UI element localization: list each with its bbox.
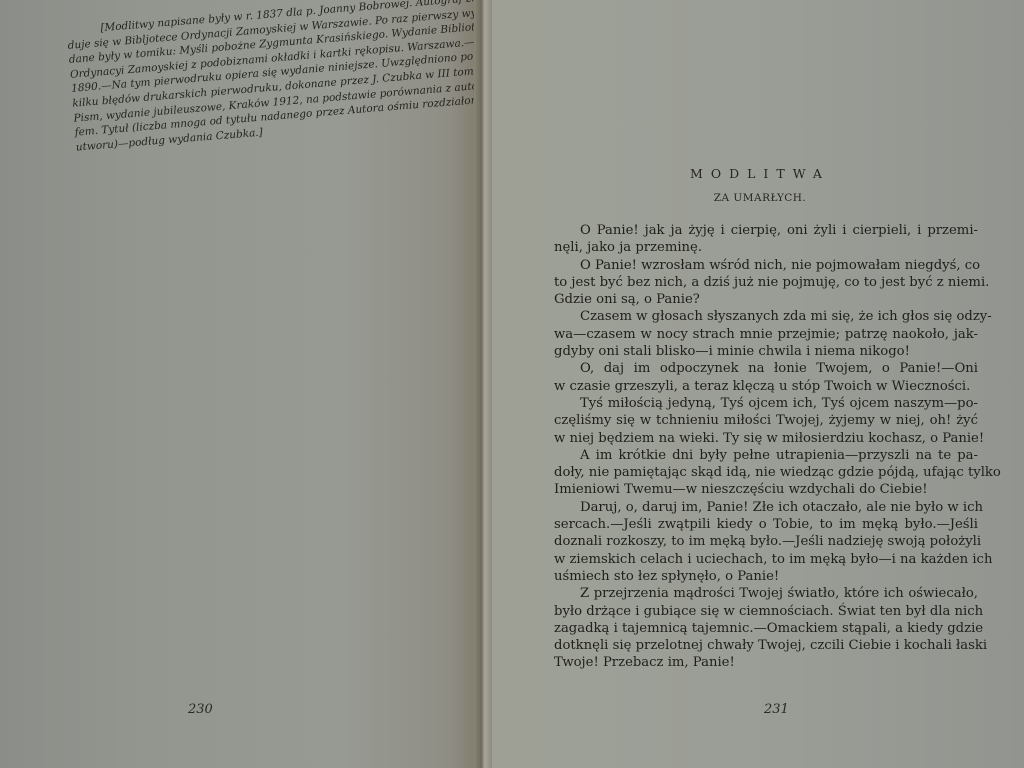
text-line: nęli, jako ja przeminę. (554, 239, 978, 256)
text-line: O Panie! jak ja żyję i cierpię, oni żyli… (554, 222, 978, 239)
text-line: częliśmy się w tchnieniu miłości Twojej,… (554, 412, 978, 429)
text-line: sercach.—Jeśli zwątpili kiedy o Tobie, t… (554, 516, 978, 533)
open-book-spread: [Modlitwy napisane były w r. 1837 dla p.… (0, 0, 1024, 768)
text-line: zagadką i tajemnicą tajemnic.—Omackiem s… (554, 620, 978, 637)
text-line: było drżące i gubiące się w ciemnościach… (554, 603, 978, 620)
book-gutter (474, 0, 492, 768)
prayer-text: O Panie! jak ja żyję i cierpię, oni żyli… (554, 222, 978, 672)
text-line: w czasie grzeszyli, a teraz klęczą u stó… (554, 378, 978, 395)
text-line: gdyby oni stali blisko—i minie chwila i … (554, 343, 978, 360)
text-line: Gdzie oni są, o Panie? (554, 291, 978, 308)
text-line: dotknęli się przelotnej chwały Twojej, c… (554, 637, 978, 654)
text-line: w niej będziem na wieki. Ty się w miłosi… (554, 430, 978, 447)
text-line: O, daj im odpoczynek na łonie Twojem, o … (554, 360, 978, 377)
chapter-title: MODLITWA (560, 166, 960, 181)
text-line: Z przejrzenia mądrości Twojej światło, k… (554, 585, 978, 602)
text-line: Twoje! Przebacz im, Panie! (554, 654, 978, 671)
text-line: to jest być bez nich, a dziś już nie poj… (554, 274, 978, 291)
text-line: A im krótkie dni były pełne utrapienia—p… (554, 447, 978, 464)
text-line: Imieniowi Twemu—w nieszczęściu wzdychali… (554, 481, 978, 498)
text-line: uśmiech sto łez spłynęło, o Panie! (554, 568, 978, 585)
text-line: wa—czasem w nocy strach mnie przejmie; p… (554, 326, 978, 343)
text-line: doznali rozkoszy, to im męką było.—Jeśli… (554, 533, 978, 550)
text-line: Tyś miłością jedyną, Tyś ojcem ich, Tyś … (554, 395, 978, 412)
chapter-subtitle: ZA UMARŁYCH. (560, 192, 960, 204)
editorial-note: [Modlitwy napisane były w r. 1837 dla p.… (66, 0, 455, 155)
text-line: w ziemskich celach i uciechach, to im mę… (554, 551, 978, 568)
text-line: Czasem w głosach słyszanych zda mi się, … (554, 308, 978, 325)
left-page: [Modlitwy napisane były w r. 1837 dla p.… (0, 0, 488, 768)
text-line: O Panie! wzrosłam wśród nich, nie pojmow… (554, 257, 978, 274)
page-number-left: 230 (188, 702, 213, 717)
page-number-right: 231 (764, 702, 789, 717)
text-line: doły, nie pamiętając skąd idą, nie wiedz… (554, 464, 978, 481)
text-line: Daruj, o, daruj im, Panie! Złe ich otacz… (554, 499, 978, 516)
